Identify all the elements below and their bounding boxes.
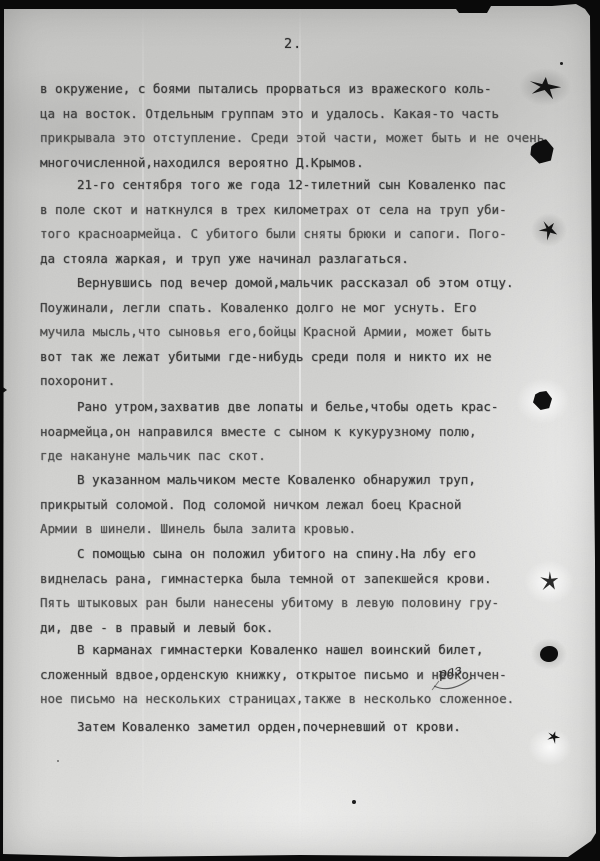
text-line: Вернувшись под вечер домой,мальчик расск…	[40, 271, 585, 296]
text-line: в поле скот и наткнулся в трех километра…	[40, 198, 585, 223]
text-line: Поужинали, легли спать. Коваленко долго …	[40, 296, 585, 321]
text-line: виднелась рана, гимнастерка была темной …	[40, 567, 585, 592]
text-line: сложенный вдвое,орденскую книжку, открыт…	[40, 663, 585, 688]
text-line: того красноармейца. С убитого были сняты…	[40, 222, 585, 247]
text-line: ди, две - в правый и левый бок.	[40, 616, 585, 641]
punch-hole	[540, 646, 558, 662]
text-line: где накануне мальчик пас скот.	[40, 444, 585, 469]
paragraph: С помощью сына он положил убитого на спи…	[40, 542, 585, 640]
paper-speck	[57, 760, 59, 762]
paper-speck	[560, 62, 563, 65]
text-line: 21-го сентября того же года 12-тилетний …	[40, 173, 585, 198]
text-line: вот так же лежат убитыми где-нибудь сред…	[40, 345, 585, 370]
paragraph: В карманах гимнастерки Коваленко нашел в…	[40, 638, 585, 712]
document-page: 2. в окружение, с боями пытались прорват…	[0, 0, 600, 861]
paragraph: 21-го сентября того же года 12-тилетний …	[40, 173, 585, 271]
paragraph: В указанном мальчиком месте Коваленко об…	[40, 468, 585, 542]
text-line: прикрывала это отступление. Среди этой ч…	[40, 126, 585, 151]
text-line: мучила мысль,что сыновья его,бойцы Красн…	[40, 320, 585, 345]
text-line: Затем Коваленко заметил орден,почерневши…	[40, 715, 585, 740]
text-line: С помощью сына он положил убитого на спи…	[40, 542, 585, 567]
text-line: в окружение, с боями пытались прорваться…	[40, 77, 585, 102]
text-line: ноармейца,он направился вместе с сыном к…	[40, 420, 585, 445]
text-line: прикрытый соломой. Под соломой ничком ле…	[40, 493, 585, 518]
text-line: Армии в шинели. Шинель была залита кровь…	[40, 517, 585, 542]
text-line: Пять штыковых ран были нанесены убитому …	[40, 591, 585, 616]
paragraph: в окружение, с боями пытались прорваться…	[40, 77, 585, 175]
paragraph: Рано утром,захватив две лопаты и белье,ч…	[40, 395, 585, 469]
paragraph: Затем Коваленко заметил орден,почерневши…	[40, 715, 585, 740]
text-line: В указанном мальчиком месте Коваленко об…	[40, 468, 585, 493]
text-line: ное письмо на нескольких страницах,также…	[40, 687, 585, 712]
paragraph: Вернувшись под вечер домой,мальчик расск…	[40, 271, 585, 394]
text-line: многочисленной,находился вероятно Д.Крым…	[40, 151, 585, 176]
paper-speck	[352, 800, 356, 804]
typewritten-text: в окружение, с боями пытались прорваться…	[0, 0, 600, 861]
scan-background: { "doc": { "page_number": "2.", "paragra…	[0, 0, 600, 861]
text-line: Рано утром,захватив две лопаты и белье,ч…	[40, 395, 585, 420]
text-line: В карманах гимнастерки Коваленко нашел в…	[40, 638, 585, 663]
text-line: да стояла жаркая, и труп уже начинал раз…	[40, 247, 585, 272]
text-line: похоронит.	[40, 369, 585, 394]
text-line: ца на восток. Отдельным группам это и уд…	[40, 102, 585, 127]
